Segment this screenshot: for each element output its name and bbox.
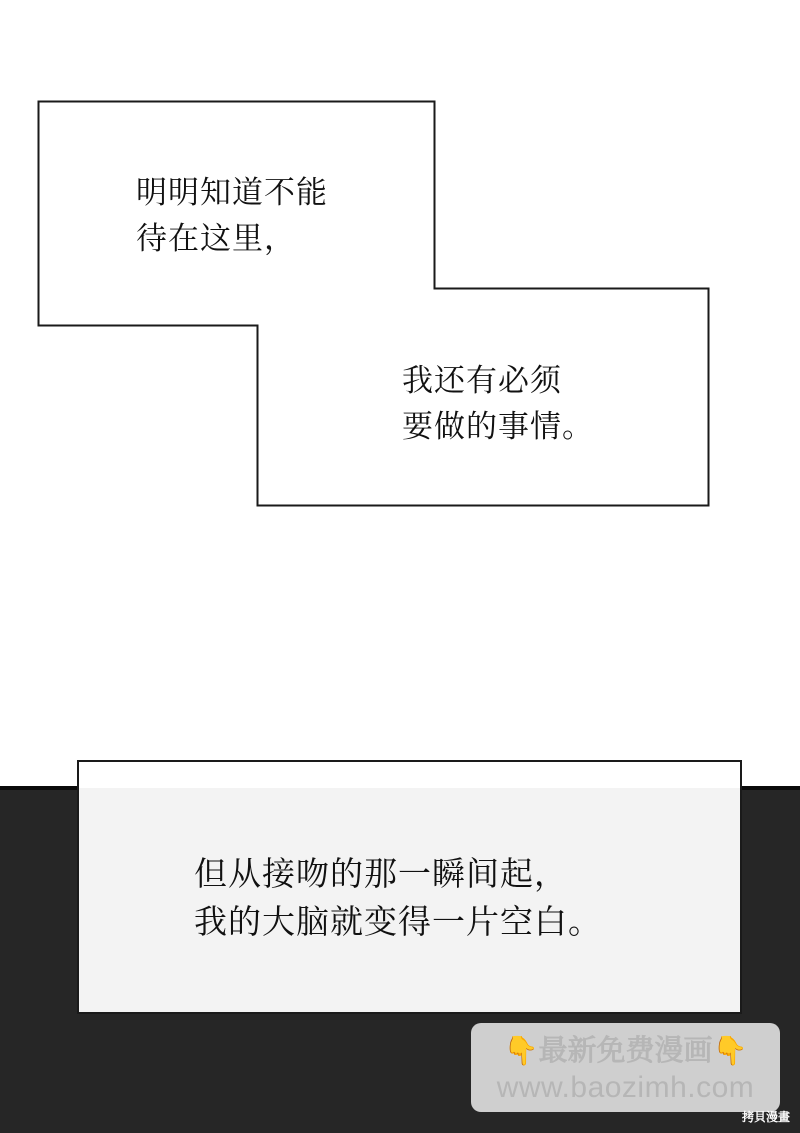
watermark-url[interactable]: www.baozimh.com [471, 1070, 780, 1106]
watermark-banner[interactable]: 👇最新免费漫画👇 www.baozimh.com [471, 1023, 780, 1112]
narration-box-top-strip [79, 762, 740, 788]
top-caption-text: 明明知道不能 待在这里， [136, 170, 328, 262]
watermark-title-text: 最新免费漫画 [538, 1033, 712, 1067]
stepped-speech-box [0, 0, 800, 520]
credit-label: 拷貝漫畫 [742, 1108, 790, 1125]
watermark-title: 👇最新免费漫画👇 [471, 1031, 780, 1070]
middle-caption-text: 我还有必须 要做的事情。 [402, 358, 594, 450]
narration-caption-text: 但从接吻的那一瞬间起， 我的大脑就变得一片空白。 [194, 850, 602, 946]
pointing-down-hand-icon: 👇 [713, 1034, 748, 1067]
pointing-down-hand-icon: 👇 [504, 1034, 539, 1067]
